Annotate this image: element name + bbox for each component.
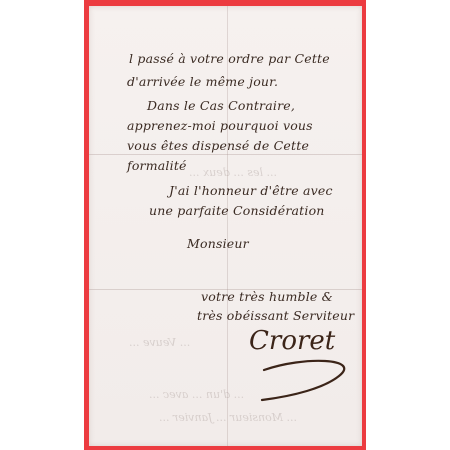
- letter-line: Dans le Cas Contraire,: [147, 98, 295, 113]
- signature-flourish: [244, 354, 364, 404]
- closing-line: très obéissant Serviteur: [197, 308, 354, 323]
- salutation: Monsieur: [187, 236, 249, 251]
- bleed-through-text: ... les ... deux ...: [189, 166, 277, 179]
- letter-line: formalité: [127, 158, 187, 173]
- letter-line: vous êtes dispensé de Cette: [127, 138, 309, 153]
- letter-paper: ... les ... deux ... ... Veuve ... ... d…: [89, 6, 362, 446]
- letter-line: d'arrivée le même jour.: [127, 74, 278, 89]
- bleed-through-text: ... d'un ... avec ...: [149, 388, 244, 401]
- bleed-through-text: ... Monsieur ... Janvier ...: [159, 411, 297, 424]
- closing-line: votre très humble &: [201, 289, 333, 304]
- fold-line-vertical: [227, 6, 228, 446]
- fold-line-horizontal: [89, 154, 362, 155]
- letter-line: l passé à votre ordre par Cette: [129, 51, 330, 66]
- bleed-through-text: ... Veuve ...: [129, 336, 190, 349]
- letter-line: une parfaite Considération: [149, 203, 325, 218]
- letter-line: apprenez-moi pourquoi vous: [127, 118, 313, 133]
- signature: Croret: [249, 326, 335, 356]
- letter-line: J'ai l'honneur d'être avec: [169, 183, 333, 198]
